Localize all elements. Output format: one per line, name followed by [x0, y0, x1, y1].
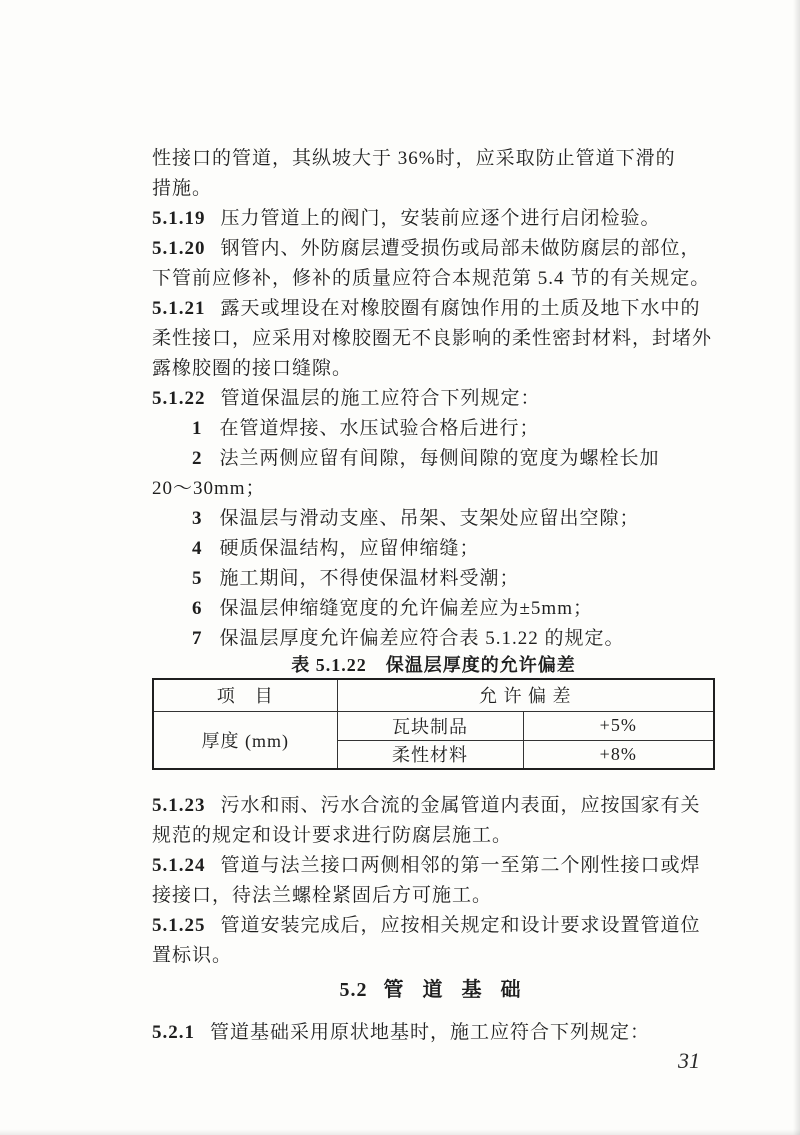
scan-edge-shadow-bottom [0, 1129, 800, 1135]
section-title: 管 道 基 础 [384, 979, 528, 1001]
table-cell-material: 瓦块制品 [337, 711, 523, 740]
table-title: 表 5.1.22 保温层厚度的允许偏差 [152, 655, 715, 678]
list-item-number: 1 [192, 418, 203, 439]
list-item-number: 3 [192, 508, 203, 529]
clause-number: 5.1.25 [152, 915, 206, 936]
table-cell-value: +8% [523, 740, 714, 769]
clause-number: 5.1.23 [152, 795, 206, 816]
clause-5-1-24: 5.1.24管道与法兰接口两侧相邻的第一至第二个刚性接口或焊 [152, 852, 715, 882]
clause-5-1-20: 5.1.20钢管内、外防腐层遭受损伤或局部未做防腐层的部位， [152, 235, 715, 265]
table-header-item: 项 目 [153, 679, 337, 711]
clause-number: 5.2.1 [152, 1022, 195, 1043]
list-item-text: 施工期间，不得使保温材料受潮； [220, 568, 520, 589]
list-item-text: 法兰两侧应留有间隙，每侧间隙的宽度为螺栓长加 [220, 448, 660, 469]
clauses-after-table: 5.1.23污水和雨、污水合流的金属管道内表面，应按国家有关 规范的规定和设计要… [152, 792, 715, 972]
list-item-text: 保温层与滑动支座、吊架、支架处应留出空隙； [220, 508, 640, 529]
list-item-number: 7 [192, 628, 203, 649]
list-item-5: 5施工期间，不得使保温材料受潮； [152, 565, 715, 595]
clause-number: 5.1.19 [152, 208, 206, 229]
clause-5-1-23-line: 规范的规定和设计要求进行防腐层施工。 [152, 822, 715, 852]
clause-5-1-22: 5.1.22管道保温层的施工应符合下列规定： [152, 385, 715, 415]
document-page: 性接口的管道，其纵坡大于 36%时，应采取防止管道下滑的 措施。 5.1.19压… [0, 0, 800, 1135]
list-item-4: 4硬质保温结构，应留伸缩缝； [152, 535, 715, 565]
clause-number: 5.1.21 [152, 298, 206, 319]
list-item-6: 6保温层伸缩缝宽度的允许偏差应为±5mm； [152, 595, 715, 625]
clause-5-1-20-line: 下管前应修补，修补的质量应符合本规范第 5.4 节的有关规定。 [152, 265, 715, 295]
clause-text: 管道保温层的施工应符合下列规定： [221, 388, 541, 409]
list-item-text: 硬质保温结构，应留伸缩缝； [220, 538, 480, 559]
clause-number: 5.1.22 [152, 388, 206, 409]
clause-5-1-25: 5.1.25管道安装完成后，应按相关规定和设计要求设置管道位 [152, 912, 715, 942]
paragraph-continuation-line: 性接口的管道，其纵坡大于 36%时，应采取防止管道下滑的 [152, 145, 715, 175]
clause-text: 管道与法兰接口两侧相邻的第一至第二个刚性接口或焊 [221, 855, 701, 876]
section-number: 5.2 [340, 979, 368, 1001]
list-item-number: 5 [192, 568, 203, 589]
table-cell-value: +5% [523, 711, 714, 740]
table-cell-material: 柔性材料 [337, 740, 523, 769]
clause-text: 压力管道上的阀门，安装前应逐个进行启闭检验。 [221, 208, 661, 229]
scan-edge-shadow-right [793, 0, 800, 1135]
clause-5-1-21-line: 露橡胶圈的接口缝隙。 [152, 355, 715, 385]
clause-text: 管道安装完成后，应按相关规定和设计要求设置管道位 [221, 915, 701, 936]
table-header-deviation: 允 许 偏 差 [337, 679, 714, 711]
clause-text: 管道基础采用原状地基时，施工应符合下列规定： [210, 1022, 650, 1043]
list-item-number: 2 [192, 448, 203, 469]
clause-5-1-19: 5.1.19压力管道上的阀门，安装前应逐个进行启闭检验。 [152, 205, 715, 235]
list-item-7: 7保温层厚度允许偏差应符合表 5.1.22 的规定。 [152, 625, 715, 655]
clause-text: 钢管内、外防腐层遭受损伤或局部未做防腐层的部位， [221, 238, 701, 259]
list-item-number: 4 [192, 538, 203, 559]
page-number: 31 [560, 1048, 700, 1074]
table-header-row: 项 目 允 许 偏 差 [153, 679, 714, 711]
section-heading-5-2: 5.2管 道 基 础 [152, 975, 715, 1008]
clause-text: 污水和雨、污水合流的金属管道内表面，应按国家有关 [221, 795, 701, 816]
paragraph-continuation-line: 措施。 [152, 175, 715, 205]
list-item-text: 保温层伸缩缝宽度的允许偏差应为±5mm； [220, 598, 594, 619]
list-item-number: 6 [192, 598, 203, 619]
table-row: 厚度 (mm) 瓦块制品 +5% [153, 711, 714, 740]
clause-number: 5.1.20 [152, 238, 206, 259]
tolerance-table: 项 目 允 许 偏 差 厚度 (mm) 瓦块制品 +5% 柔性材料 +8% [152, 678, 715, 770]
list-item-2-line: 20～30mm； [152, 475, 715, 505]
clause-5-1-24-line: 接接口，待法兰螺栓紧固后方可施工。 [152, 882, 715, 912]
list-item-text: 在管道焊接、水压试验合格后进行； [220, 418, 540, 439]
list-item-1: 1在管道焊接、水压试验合格后进行； [152, 415, 715, 445]
table-row-label: 厚度 (mm) [153, 711, 337, 769]
clause-5-1-21-line: 柔性接口，应采用对橡胶圈无不良影响的柔性密封材料，封堵外 [152, 325, 715, 355]
clause-text: 露天或埋设在对橡胶圈有腐蚀作用的土质及地下水中的 [221, 298, 701, 319]
list-item-2: 2法兰两侧应留有间隙，每侧间隙的宽度为螺栓长加 [152, 445, 715, 475]
clause-5-1-23: 5.1.23污水和雨、污水合流的金属管道内表面，应按国家有关 [152, 792, 715, 822]
document-body: 性接口的管道，其纵坡大于 36%时，应采取防止管道下滑的 措施。 5.1.19压… [152, 145, 715, 1049]
clause-number: 5.1.24 [152, 855, 206, 876]
clause-5-2-1: 5.2.1管道基础采用原状地基时，施工应符合下列规定： [152, 1019, 715, 1049]
list-item-text: 保温层厚度允许偏差应符合表 5.1.22 的规定。 [220, 628, 625, 649]
list-item-3: 3保温层与滑动支座、吊架、支架处应留出空隙； [152, 505, 715, 535]
clause-5-1-25-line: 置标识。 [152, 942, 715, 972]
clause-5-1-21: 5.1.21露天或埋设在对橡胶圈有腐蚀作用的土质及地下水中的 [152, 295, 715, 325]
